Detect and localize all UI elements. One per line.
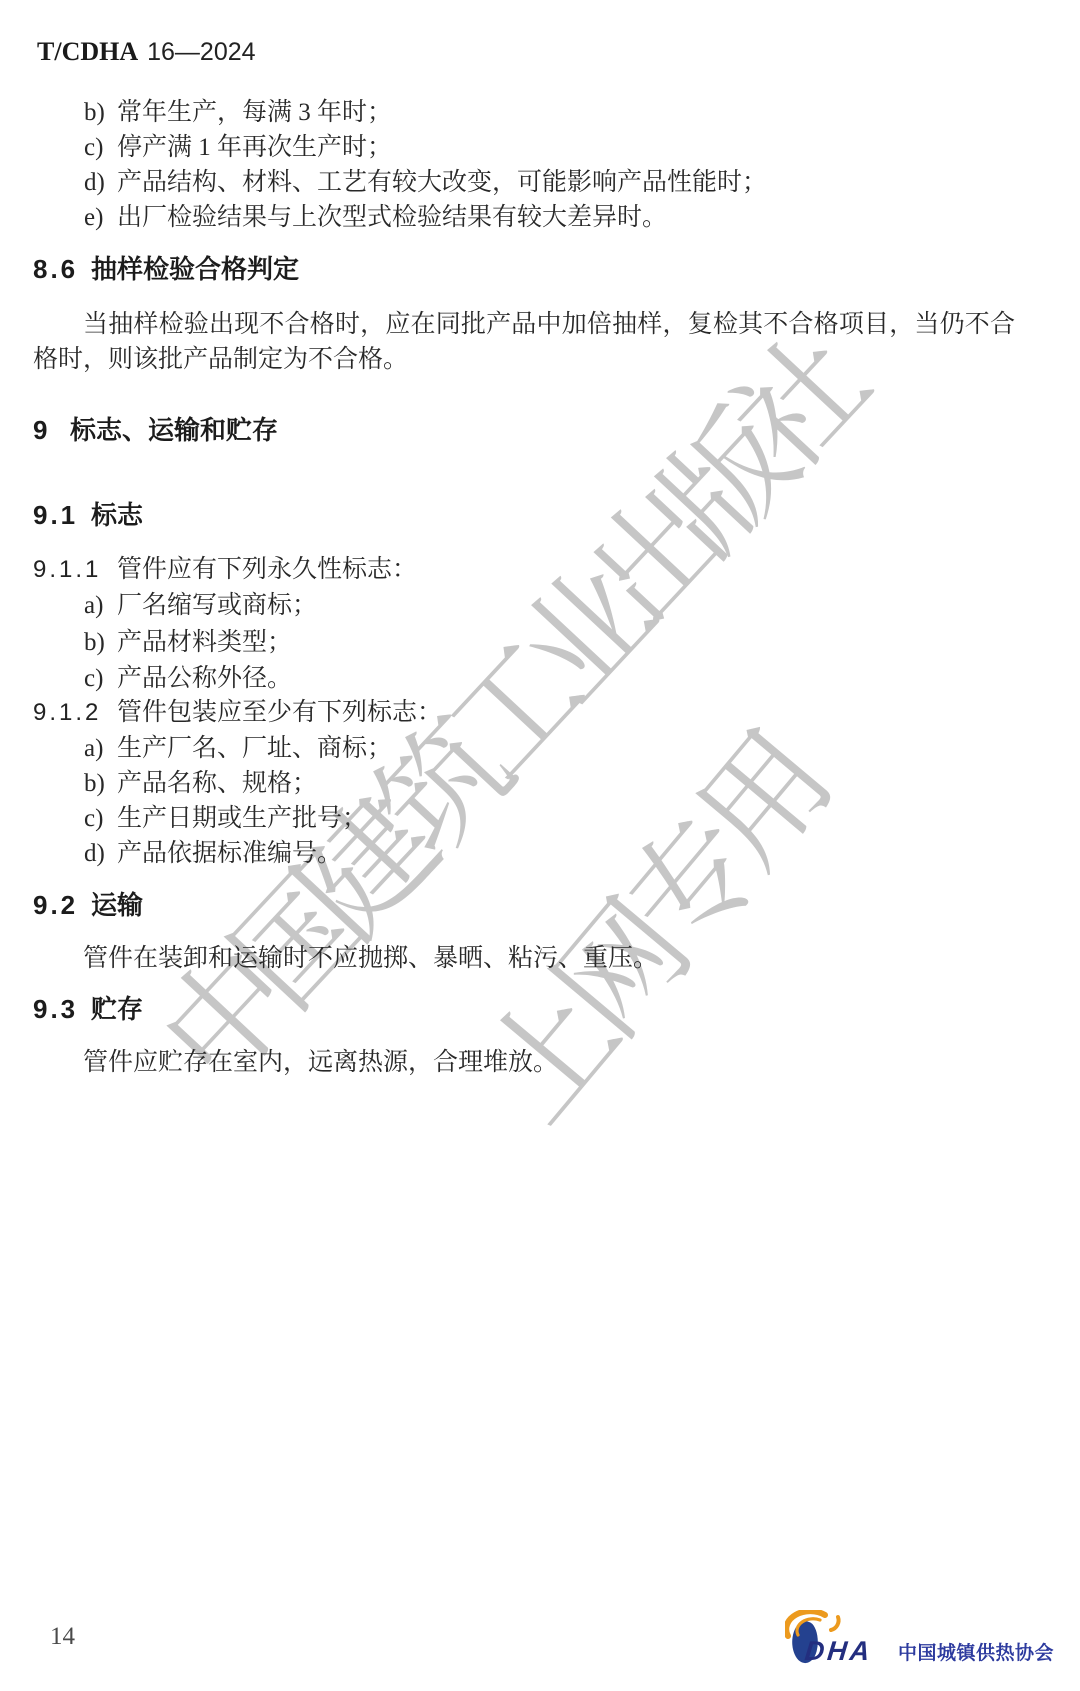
list-item-marker: b)	[84, 95, 117, 130]
list-item: c)停产满 1 年再次生产时；	[84, 130, 392, 165]
clause-9-1-1: 9.1.1管件应有下列永久性标志：	[33, 552, 417, 587]
standard-code-number: 16—2024	[147, 38, 255, 66]
list-item: d)产品结构、材料、工艺有较大改变，可能影响产品性能时；	[84, 165, 767, 200]
heading-title: 贮存	[91, 994, 143, 1024]
section-heading-9-3: 9.3贮存	[33, 992, 143, 1027]
list-item-text: 生产厂名、厂址、商标；	[117, 735, 392, 762]
clause-text: 管件包装应至少有下列标志：	[117, 699, 442, 726]
association-logo: DHA 中国城镇供热协会	[780, 1606, 1070, 1668]
list-item: b)产品名称、规格；	[84, 766, 317, 801]
list-item: e)出厂检验结果与上次型式检验结果有较大差异时。	[84, 200, 667, 235]
list-item-text: 厂名缩写或商标；	[117, 592, 317, 619]
heading-number: 8.6	[33, 252, 91, 287]
list-item: d)产品依据标准编号。	[84, 836, 342, 871]
section-heading-9-1: 9.1标志	[33, 498, 143, 533]
heading-title: 标志	[91, 500, 143, 530]
list-item-text: 生产日期或生产批号；	[117, 805, 367, 832]
list-item-marker: d)	[84, 165, 117, 200]
list-item-text: 出厂检验结果与上次型式检验结果有较大差异时。	[117, 204, 667, 231]
heading-number: 9	[33, 413, 70, 448]
heading-title: 运输	[91, 890, 143, 920]
running-header: T/CDHA16—2024	[37, 36, 256, 72]
clause-9-1-2: 9.1.2管件包装应至少有下列标志：	[33, 695, 442, 730]
document-page: 中国建筑工业出版社 上网专用 T/CDHA16—2024 b)常年生产，每满 3…	[0, 0, 1080, 1691]
list-item: b)产品材料类型；	[84, 625, 292, 660]
section-heading-9: 9标志、运输和贮存	[33, 413, 278, 448]
heading-title: 标志、运输和贮存	[70, 415, 278, 445]
list-item-text: 产品名称、规格；	[117, 770, 317, 797]
paragraph-9-2: 管件在装卸和运输时不应抛掷、暴晒、粘污、重压。	[33, 941, 1015, 976]
list-item-marker: b)	[84, 625, 117, 660]
logo-acronym: DHA	[803, 1636, 874, 1666]
heading-title: 抽样检验合格判定	[91, 254, 299, 284]
list-item: c)生产日期或生产批号；	[84, 801, 367, 836]
list-item: a)厂名缩写或商标；	[84, 588, 317, 623]
paragraph-9-3: 管件应贮存在室内，远离热源，合理堆放。	[33, 1045, 1015, 1080]
list-item-marker: a)	[84, 731, 117, 766]
list-item: a)生产厂名、厂址、商标；	[84, 731, 392, 766]
list-item-text: 产品公称外径。	[117, 665, 292, 692]
list-item-text: 产品材料类型；	[117, 629, 292, 656]
section-heading-8-6: 8.6抽样检验合格判定	[33, 252, 299, 287]
list-item-marker: b)	[84, 766, 117, 801]
heading-number: 9.3	[33, 992, 91, 1027]
list-item-marker: d)	[84, 836, 117, 871]
list-item-marker: c)	[84, 801, 117, 836]
list-item-text: 产品结构、材料、工艺有较大改变，可能影响产品性能时；	[117, 169, 767, 196]
paragraph-8-6: 当抽样检验出现不合格时，应在同批产品中加倍抽样，复检其不合格项目，当仍不合格时，…	[33, 307, 1015, 377]
list-item-text: 常年生产，每满 3 年时；	[117, 99, 392, 126]
list-item-text: 停产满 1 年再次生产时；	[117, 134, 392, 161]
clause-text: 管件应有下列永久性标志：	[117, 556, 417, 583]
section-heading-9-2: 9.2运输	[33, 888, 143, 923]
list-item-marker: a)	[84, 588, 117, 623]
list-item: c)产品公称外径。	[84, 661, 292, 696]
document-content: T/CDHA16—2024 b)常年生产，每满 3 年时； c)停产满 1 年再…	[0, 0, 1080, 1691]
clause-number: 9.1.1	[33, 552, 117, 587]
page-number: 14	[50, 1624, 75, 1650]
clause-number: 9.1.2	[33, 695, 117, 730]
heading-number: 9.1	[33, 498, 91, 533]
association-name: 中国城镇供热协会	[898, 1642, 1054, 1666]
list-item-marker: e)	[84, 200, 117, 235]
heading-number: 9.2	[33, 888, 91, 923]
list-item: b)常年生产，每满 3 年时；	[84, 95, 392, 130]
list-item-text: 产品依据标准编号。	[117, 840, 342, 867]
standard-code-prefix: T/CDHA	[37, 37, 138, 66]
list-item-marker: c)	[84, 130, 117, 165]
list-item-marker: c)	[84, 661, 117, 696]
